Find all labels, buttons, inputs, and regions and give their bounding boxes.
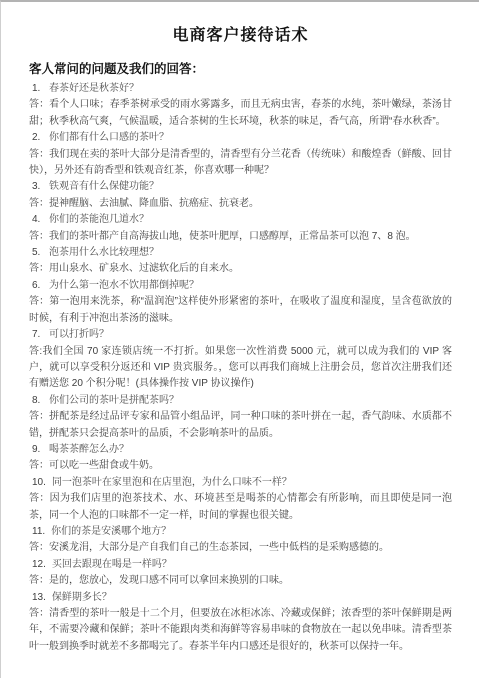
question-line: 10.同一泡茶叶在家里泡和在店里泡，为什么口味不一样？: [29, 475, 452, 491]
question-number: 5.: [32, 245, 43, 261]
question-text: 喝茶茶醉怎么办？: [49, 444, 129, 455]
question-number: 1.: [32, 81, 43, 97]
question-line: 5.泡茶用什么水比较理想？: [29, 245, 452, 261]
qa-item: 8.你们公司的茶叶是拼配茶吗？ 答：拼配茶是经过品评专家和品管小组品评，同一种口…: [29, 393, 452, 442]
question-number: 8.: [32, 393, 43, 409]
question-line: 2.你们都有什么口感的茶叶？: [29, 130, 452, 146]
answer-text: 答：我们的茶叶都产自高海拔山地，使茶叶肥厚，口感醇厚，正常品茶可以泡 7、8 泡…: [29, 229, 452, 245]
answer-text: 答：第一泡用来洗茶，称“温润泡”这样使外形紧密的茶叶，在吸收了温度和湿度，呈含苞…: [29, 294, 452, 327]
qa-item: 5.泡茶用什么水比较理想？ 答：用山泉水、矿泉水、过滤软化后的自来水。: [29, 245, 452, 278]
qa-item: 4.你们的茶能泡几道水？ 答：我们的茶叶都产自高海拔山地，使茶叶肥厚，口感醇厚，…: [29, 212, 452, 245]
question-text: 为什么第一泡水不饮用都倒掉呢？: [49, 280, 199, 291]
question-line: 11.你们的茶是安溪哪个地方？: [29, 524, 452, 540]
answer-text: 答：清香型的茶叶一般是十二个月，但要放在冰柜冰冻、冷藏或保鲜；浓香型的茶叶保鲜期…: [29, 606, 452, 655]
answer-text: 答：因为我们店里的泡茶技术、水、环境甚至是喝茶的心情都会有所影响，而且即使是同一…: [29, 491, 452, 524]
question-line: 8.你们公司的茶叶是拼配茶吗？: [29, 393, 452, 409]
qa-item: 6.为什么第一泡水不饮用都倒掉呢？ 答：第一泡用来洗茶，称“温润泡”这样使外形紧…: [29, 278, 452, 327]
answer-text: 答:我们全国 70 家连锁店统一不打折。如果您一次性消费 5000 元，就可以成…: [29, 344, 452, 393]
answer-text: 答：安溪龙涓，大部分是产自我们自己的生态茶园，一些中低档的是采购感德的。: [29, 540, 452, 556]
qa-item: 9.喝茶茶醉怎么办？ 答：可以吃一些甜食或牛奶。: [29, 442, 452, 475]
qa-item: 3.铁观音有什么保健功能？ 答：提神醒脑、去油腻、降血脂、抗癌症、抗衰老。: [29, 179, 452, 212]
question-line: 3.铁观音有什么保健功能？: [29, 179, 452, 195]
question-text: 你们的茶是安溪哪个地方？: [51, 526, 171, 537]
question-text: 保鲜期多长？: [52, 592, 112, 603]
question-number: 4.: [32, 212, 43, 228]
question-text: 同一泡茶叶在家里泡和在店里泡，为什么口味不一样？: [52, 477, 292, 488]
answer-text: 答：拼配茶是经过品评专家和品管小组品评，同一种口味的茶叶拼在一起，香气韵味、水质…: [29, 409, 452, 442]
question-text: 铁观音有什么保健功能？: [49, 181, 159, 192]
question-text: 你们公司的茶叶是拼配茶吗？: [49, 395, 179, 406]
question-number: 2.: [32, 130, 43, 146]
question-number: 10.: [32, 475, 46, 491]
answer-text: 答：看个人口味；春季茶树承受的雨水雾露多，而且无病虫害，春茶的水纯，茶叶嫩绿，茶…: [29, 97, 452, 130]
question-text: 你们都有什么口感的茶叶？: [49, 132, 169, 143]
page-title: 电商客户接待话术: [29, 26, 452, 46]
qa-item: 13.保鲜期多长？ 答：清香型的茶叶一般是十二个月，但要放在冰柜冰冻、冷藏或保鲜…: [29, 590, 452, 656]
question-line: 6.为什么第一泡水不饮用都倒掉呢？: [29, 278, 452, 294]
question-text: 买回去跟现在喝是一样吗？: [52, 559, 172, 570]
answer-text: 答：提神醒脑、去油腻、降血脂、抗癌症、抗衰老。: [29, 196, 452, 212]
question-text: 泡茶用什么水比较理想？: [49, 247, 159, 258]
question-number: 7.: [32, 327, 43, 343]
qa-item: 1.春茶好还是秋茶好？ 答：看个人口味；春季茶树承受的雨水雾露多，而且无病虫害，…: [29, 81, 452, 130]
document-page: 电商客户接待话术 客人常问的问题及我们的回答： 1.春茶好还是秋茶好？ 答：看个…: [0, 0, 479, 678]
question-number: 13.: [32, 590, 46, 606]
question-number: 3.: [32, 179, 43, 195]
question-number: 9.: [32, 442, 43, 458]
answer-text: 答：用山泉水、矿泉水、过滤软化后的自来水。: [29, 261, 452, 277]
question-number: 12.: [32, 557, 46, 573]
answer-text: 答：是的，您放心，发现口感不同可以拿回来换别的口味。: [29, 573, 452, 589]
question-line: 4.你们的茶能泡几道水？: [29, 212, 452, 228]
question-line: 7.可以打折吗？: [29, 327, 452, 343]
question-line: 13.保鲜期多长？: [29, 590, 452, 606]
question-text: 春茶好还是秋茶好？: [49, 83, 139, 94]
question-number: 11.: [32, 524, 45, 540]
qa-list: 1.春茶好还是秋茶好？ 答：看个人口味；春季茶树承受的雨水雾露多，而且无病虫害，…: [29, 81, 452, 655]
question-line: 9.喝茶茶醉怎么办？: [29, 442, 452, 458]
qa-item: 11.你们的茶是安溪哪个地方？ 答：安溪龙涓，大部分是产自我们自己的生态茶园，一…: [29, 524, 452, 557]
question-line: 12.买回去跟现在喝是一样吗？: [29, 557, 452, 573]
section-heading: 客人常问的问题及我们的回答：: [29, 61, 452, 78]
qa-item: 10.同一泡茶叶在家里泡和在店里泡，为什么口味不一样？ 答：因为我们店里的泡茶技…: [29, 475, 452, 524]
qa-item: 7.可以打折吗？ 答:我们全国 70 家连锁店统一不打折。如果您一次性消费 50…: [29, 327, 452, 393]
qa-item: 12.买回去跟现在喝是一样吗？ 答：是的，您放心，发现口感不同可以拿回来换别的口…: [29, 557, 452, 590]
question-line: 1.春茶好还是秋茶好？: [29, 81, 452, 97]
answer-text: 答：我们现在卖的茶叶大部分是清香型的，清香型有分兰花香（传统味）和酸煌香（鲜酸、…: [29, 147, 452, 180]
qa-item: 2.你们都有什么口感的茶叶？ 答：我们现在卖的茶叶大部分是清香型的，清香型有分兰…: [29, 130, 452, 179]
question-text: 你们的茶能泡几道水？: [49, 214, 149, 225]
answer-text: 答：可以吃一些甜食或牛奶。: [29, 458, 452, 474]
question-number: 6.: [32, 278, 43, 294]
question-text: 可以打折吗？: [49, 329, 109, 340]
